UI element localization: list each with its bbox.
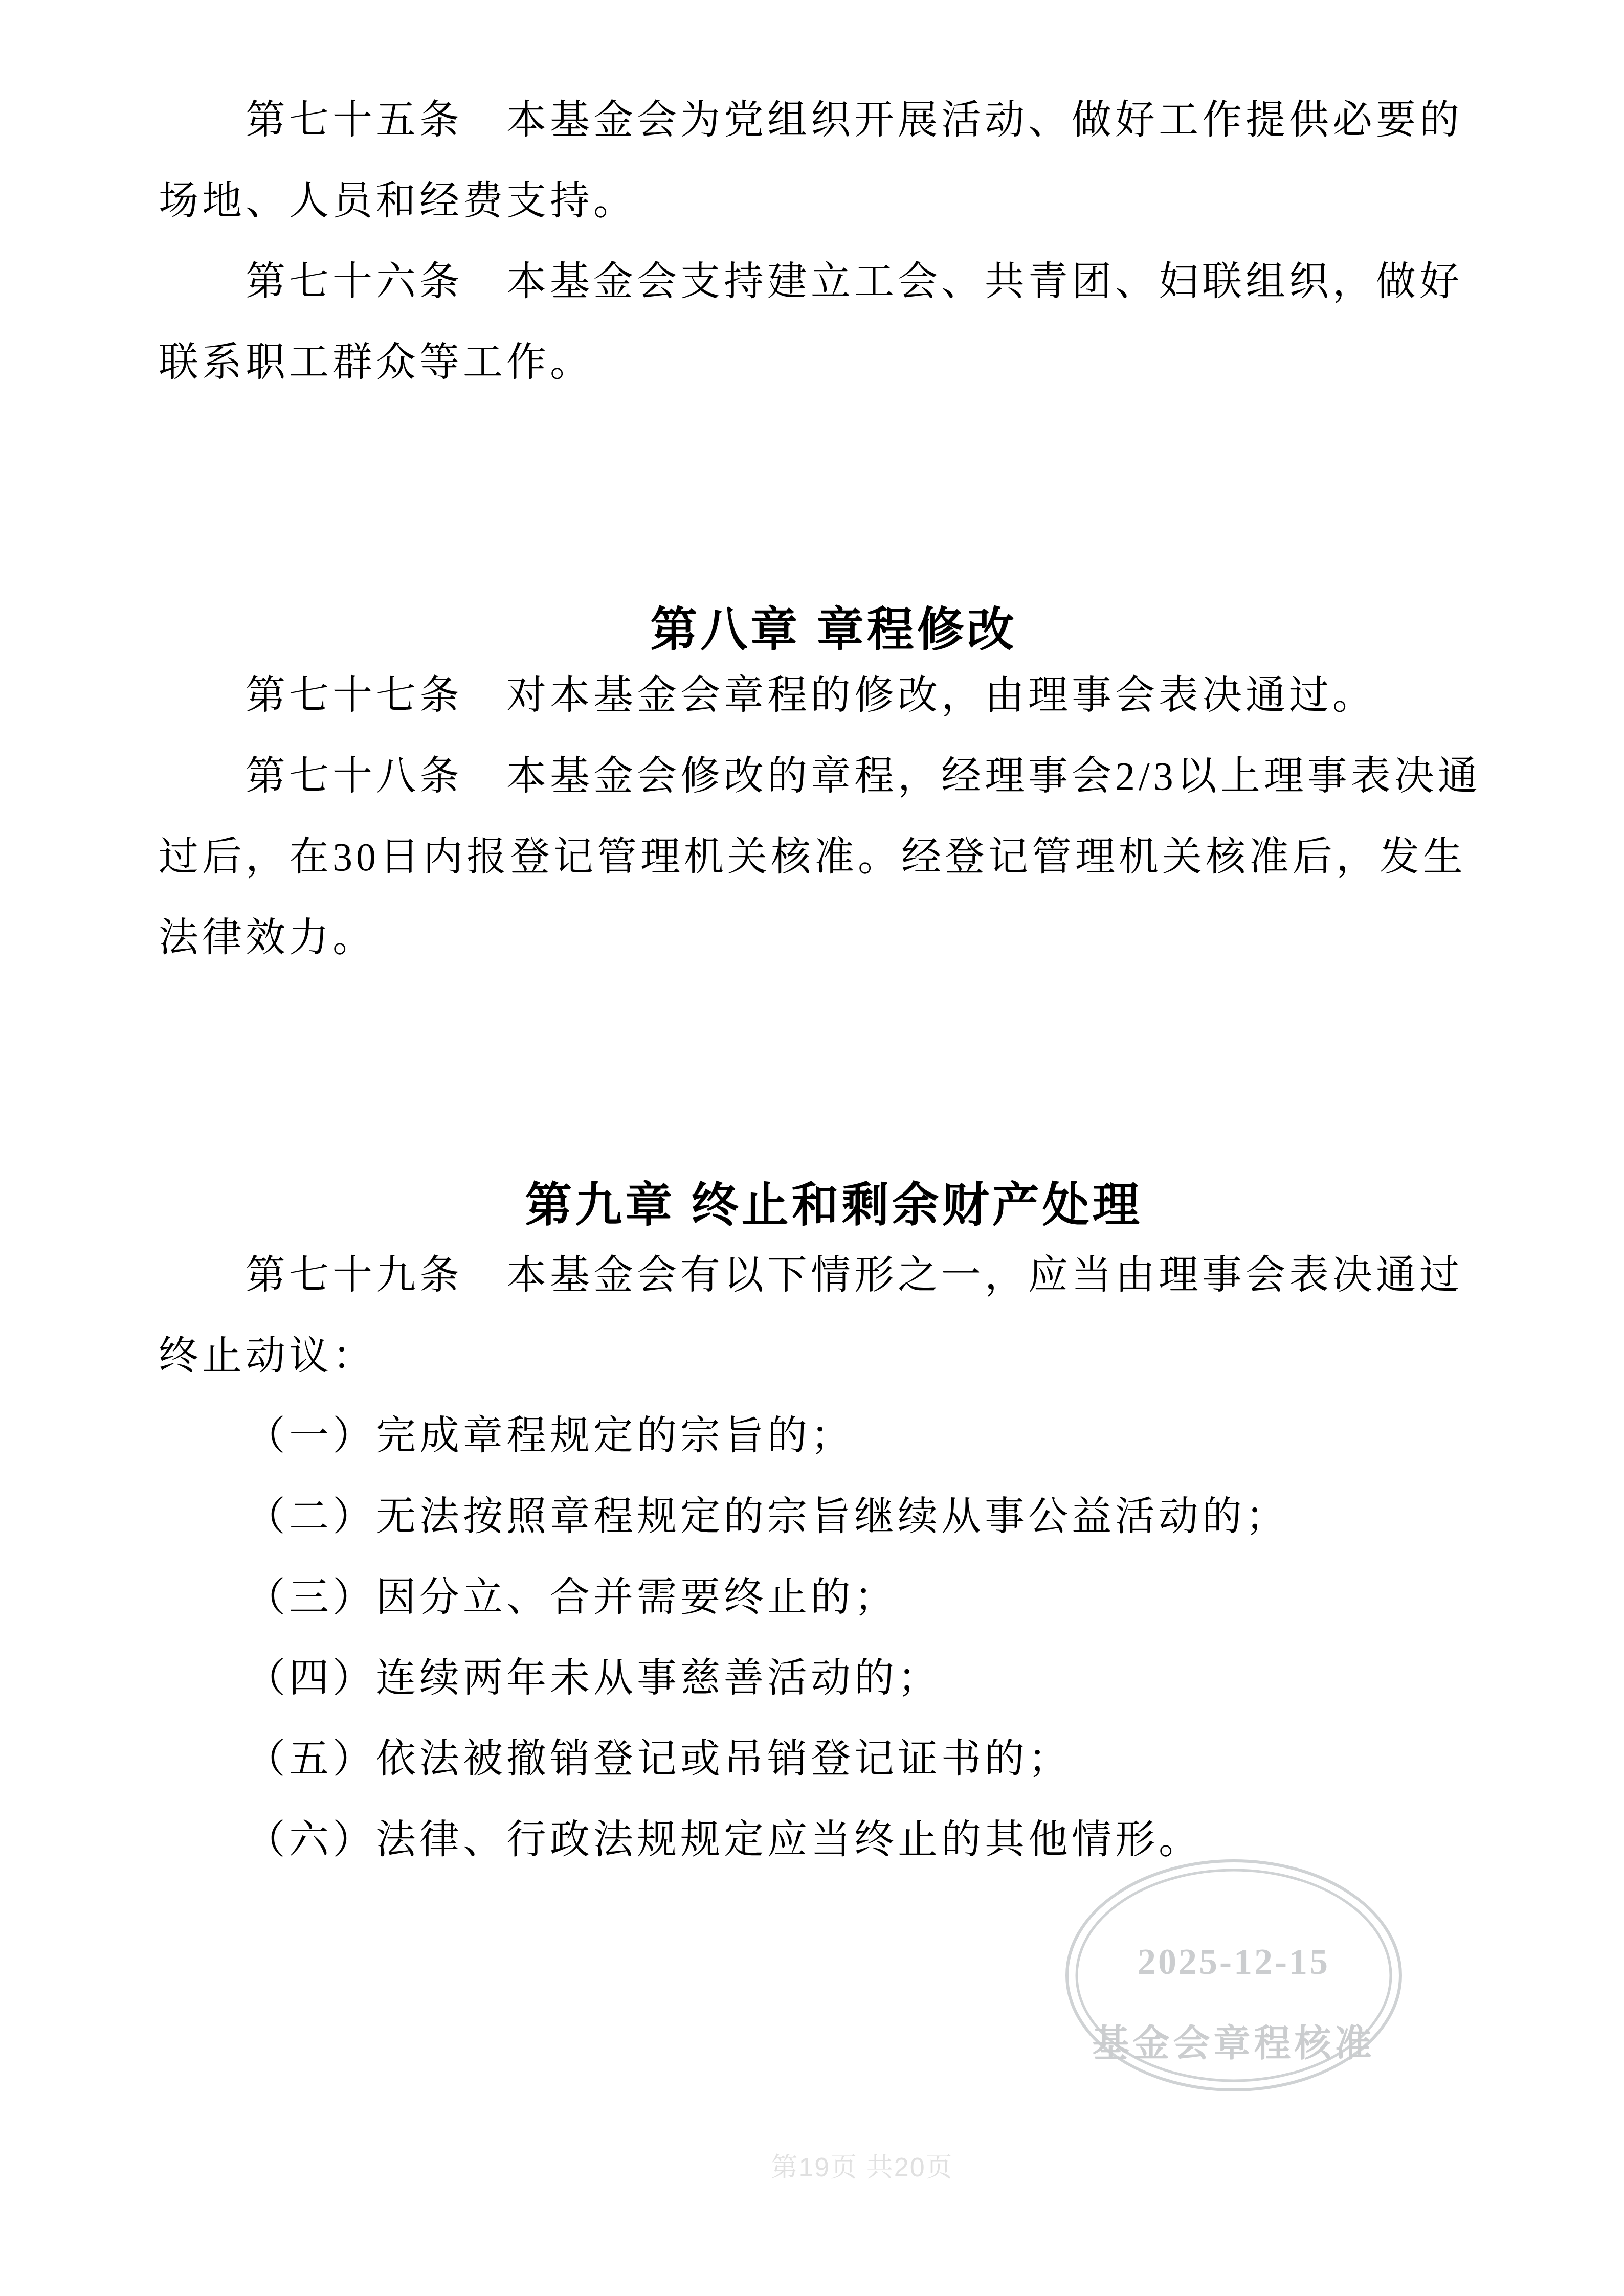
article-75-line-1: 第七十五条 本基金会为党组织开展活动、做好工作提供必要的	[159, 80, 1453, 161]
article-75: 第七十五条 本基金会为党组织开展活动、做好工作提供必要的场地、人员和经费支持。	[159, 80, 1453, 241]
article-76: 第七十六条 本基金会支持建立工会、共青团、妇联组织，做好联系职工群众等工作。	[159, 241, 1453, 403]
termination-item-2: （二）无法按照章程规定的宗旨继续从事公益活动的；	[159, 1476, 1453, 1557]
termination-item-5-line-1: （五）依法被撤销登记或吊销登记证书的；	[159, 1719, 1453, 1799]
article-78-line-1: 第七十八条 本基金会修改的章程，经理事会2/3以上理事表决通	[159, 736, 1453, 817]
article-77: 第七十七条 对本基金会章程的修改，由理事会表决通过。	[159, 655, 1453, 736]
article-79-line-1: 第七十九条 本基金会有以下情形之一，应当由理事会表决通过	[159, 1235, 1453, 1316]
article-78-line-2: 过后，在30日内报登记管理机关核准。经登记管理机关核准后，发生	[159, 817, 1453, 897]
article-78-line-3: 法律效力。	[159, 897, 1453, 978]
termination-item-4: （四）连续两年未从事慈善活动的；	[159, 1638, 1453, 1719]
termination-item-5: （五）依法被撤销登记或吊销登记证书的；	[159, 1719, 1453, 1799]
article-76-line-1: 第七十六条 本基金会支持建立工会、共青团、妇联组织，做好	[159, 241, 1453, 322]
page-footer: 第19页 共20页	[0, 2146, 1624, 2184]
chapter-9-heading: 第九章 终止和剩余财产处理	[187, 1165, 1481, 1246]
termination-item-3-line-1: （三）因分立、合并需要终止的；	[159, 1557, 1453, 1638]
termination-item-3: （三）因分立、合并需要终止的；	[159, 1557, 1453, 1638]
stamp-date: 2025-12-15	[1065, 1941, 1403, 1983]
article-75-line-2: 场地、人员和经费支持。	[159, 161, 1453, 241]
termination-item-2-line-1: （二）无法按照章程规定的宗旨继续从事公益活动的；	[159, 1476, 1453, 1557]
document-page: 第七十五条 本基金会为党组织开展活动、做好工作提供必要的场地、人员和经费支持。第…	[0, 0, 1624, 2296]
article-77-line-1: 第七十七条 对本基金会章程的修改，由理事会表决通过。	[159, 655, 1453, 736]
approval-stamp: 2025-12-15 基金会章程核准	[1065, 1859, 1403, 2092]
termination-item-1-line-1: （一）完成章程规定的宗旨的；	[159, 1395, 1453, 1476]
article-79: 第七十九条 本基金会有以下情形之一，应当由理事会表决通过终止动议：	[159, 1235, 1453, 1397]
termination-item-4-line-1: （四）连续两年未从事慈善活动的；	[159, 1638, 1453, 1719]
article-76-line-2: 联系职工群众等工作。	[159, 322, 1453, 403]
termination-item-1: （一）完成章程规定的宗旨的；	[159, 1395, 1453, 1476]
page-number: 第19页 共20页	[771, 2153, 953, 2182]
stamp-label: 基金会章程核准	[1065, 2013, 1403, 2066]
article-79-line-2: 终止动议：	[159, 1316, 1453, 1397]
article-78: 第七十八条 本基金会修改的章程，经理事会2/3以上理事表决通过后，在30日内报登…	[159, 736, 1453, 978]
